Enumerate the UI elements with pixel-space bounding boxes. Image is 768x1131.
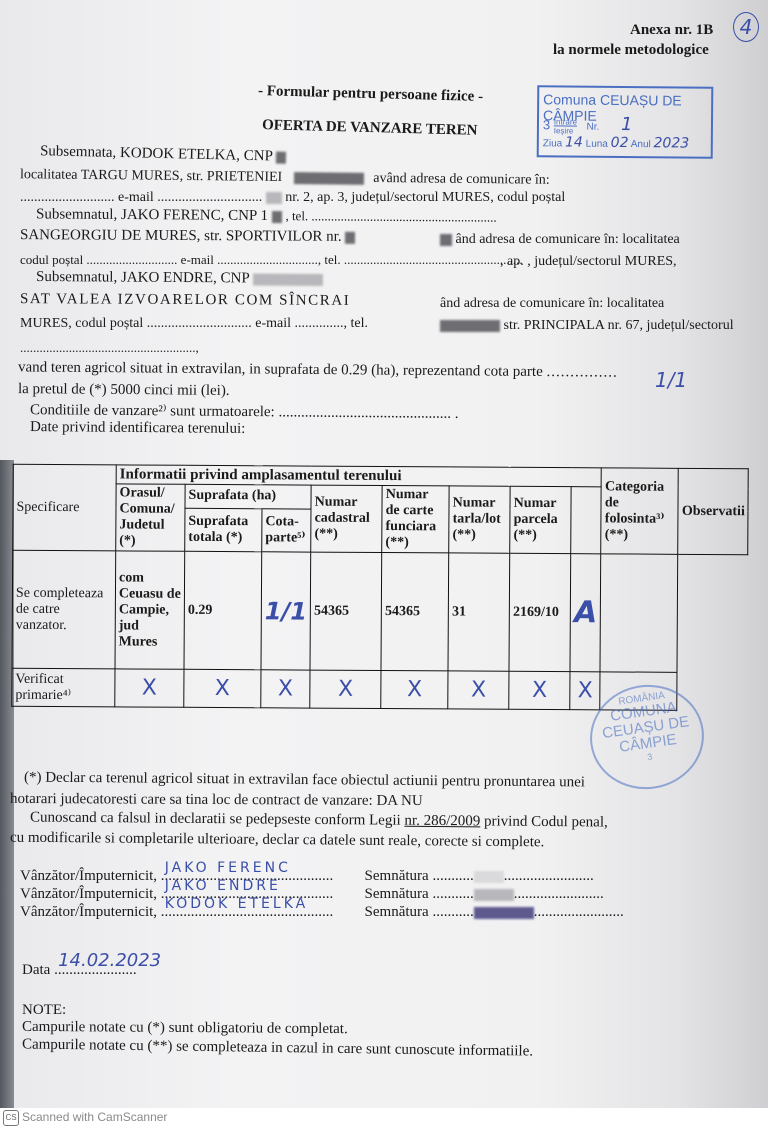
seller-3-street-county: str. PRINCIPALA nr. 67, județul/sectorul — [504, 318, 734, 333]
table-row: Se completeaza de catre vanzator. com Ce… — [12, 550, 748, 672]
land-identification-table: Specificare Informatii privind amplasame… — [11, 464, 749, 711]
row-suprafata-totala: 0.29 — [184, 551, 262, 669]
registry-ziua: 14 — [565, 134, 583, 150]
registry-nr-label: Nr. — [587, 122, 600, 133]
signature-label: Vânzător/Împuternicit, — [20, 886, 157, 902]
declaration-law-ref: nr. 286/2009 — [404, 813, 480, 830]
registry-stamp: Comuna CEUAȘU DE CÂMPIE 3 Intrare Ieșire… — [537, 85, 714, 159]
check-mark: X — [448, 671, 509, 709]
row-observatii — [600, 554, 678, 672]
seller-1-line3: ........................... e-mail .....… — [20, 190, 565, 206]
date-value: 14.02.2023 — [58, 950, 161, 971]
signature-row-2: Vânzător/Împuternicit, .................… — [20, 886, 604, 903]
seller-3-address-intro: ând adresa de comunicare în: localitatea — [440, 296, 664, 312]
check-mark: X — [115, 669, 184, 707]
redacted-street — [440, 320, 500, 332]
camscanner-logo-icon: CS — [3, 1110, 19, 1126]
row-localitate: com Ceuasu de Campie, jud Mures — [115, 551, 185, 669]
row-nr-cadastral: 54365 — [310, 552, 382, 670]
row-nr-carte-funciara: 54365 — [381, 553, 449, 671]
registry-intrare: Intrare — [554, 117, 577, 126]
land-data-title: Date privind identificarea terenului: — [30, 419, 245, 438]
registry-luna: 02 — [611, 135, 629, 151]
col-nr-carte-funciara: Numar de carte funciara (**) — [382, 486, 449, 553]
seller-1-county: nr. 2, ap. 3, județul/sectorul MURES, co… — [285, 190, 565, 205]
declaration-line2: hotarari judecatoresti care sa tina loc … — [10, 791, 423, 810]
row-verificat: Verificat primarie⁴⁾ — [12, 668, 115, 707]
signature-name-3: KODOK ETELKA — [165, 896, 308, 912]
col-suprafata-totala: Suprafata totala (*) — [185, 508, 262, 552]
seller-1-address-intro: având adresa de comunicare în: — [373, 171, 550, 188]
seller-1-locality: localitatea TARGU MURES, str. PRIETENIEI — [20, 167, 282, 185]
seller-3-line4: ........................................… — [20, 340, 199, 356]
seller-2-county: , ap. , județul/sectorul MURES, — [500, 254, 677, 270]
row-nr-parcela: 2169/10 — [509, 553, 571, 671]
check-mark: X — [310, 670, 381, 708]
seller-3-locality: SAT VALEA IZVOARELOR COM SÎNCRAI — [20, 291, 350, 309]
signature-name-2: JAKO ENDRE — [165, 878, 281, 894]
signature-sign-label: Semnătura — [365, 904, 429, 920]
redacted-number — [345, 231, 355, 243]
notes-line1: Campurile notate cu (*) sunt obligatoriu… — [22, 1019, 348, 1038]
declaration-law-intro: Cunoscand ca falsul in declaratii se ped… — [30, 809, 405, 828]
col-suprafata: Suprafata (ha) — [185, 484, 311, 508]
redacted-cnp — [253, 273, 323, 285]
seller-2-line2: SANGEORGIU DE MURES, str. SPORTIVILOR nr… — [20, 227, 355, 246]
col-nr-cadastral: Numar cadastral (**) — [311, 485, 382, 552]
signature-row-1: Vânzător/Împuternicit, .................… — [20, 868, 594, 885]
redacted-cnp — [272, 211, 282, 223]
annex-sublabel: la normele metodologice — [553, 42, 709, 59]
redacted-cnp-tail — [440, 234, 452, 246]
seller-2-locality: SANGEORGIU DE MURES, str. SPORTIVILOR nr… — [20, 227, 342, 245]
row-categoria: A — [570, 554, 601, 672]
seller-3-name: Subsemnatul, JAKO ENDRE, CNP — [36, 269, 249, 286]
check-mark: X — [184, 669, 261, 707]
registry-anul-label: Anul — [631, 139, 651, 150]
signature-sign-label: Semnătura — [365, 886, 429, 902]
redacted-signature — [474, 871, 504, 883]
signature-sign-label: Semnătura — [365, 868, 429, 884]
offer-cota-parte: 1/1 — [655, 368, 687, 392]
seller-3-line3: MURES, codul poștal ....................… — [20, 316, 368, 332]
col-observatii: Observatii — [678, 468, 749, 554]
redacted-street — [266, 192, 282, 204]
seller-2-name: Subsemnatul, JAKO FERENC, CNP 1 — [36, 206, 268, 224]
registry-luna-label: Luna — [586, 139, 608, 150]
col-nr-parcela: Numar parcela (**) — [510, 486, 571, 553]
seller-3-line2: SAT VALEA IZVOARELOR COM SÎNCRAI — [20, 291, 350, 310]
registry-stamp-date-row: Ziua 14 Luna 02 Anul 2023 — [543, 134, 690, 151]
signature-label: Vânzător/Împuternicit, — [20, 904, 157, 920]
row-cota-parte: 1/1 — [261, 552, 311, 670]
registry-stamp-number-row: 3 Intrare Ieșire Nr. 1 — [543, 113, 633, 135]
row-nr-tarla: 31 — [448, 553, 510, 671]
seller-3-line1: Subsemnatul, JAKO ENDRE, CNP — [36, 269, 323, 288]
camscanner-watermark: Scanned with CamScanner — [22, 1110, 167, 1124]
col-nr-tarla: Numar tarla/lot (**) — [449, 486, 510, 553]
registry-anul: 2023 — [653, 135, 689, 151]
check-mark: X — [381, 671, 448, 709]
date-label: Data — [22, 962, 50, 978]
redacted-cnp — [276, 151, 286, 163]
redacted-address — [294, 172, 364, 185]
signature-row-3: Vânzător/Împuternicit, .................… — [20, 904, 624, 921]
col-cota-parte: Cota-parte⁵⁾ — [262, 508, 311, 552]
notes-title: NOTE: — [22, 1002, 66, 1019]
page-mark: 4 — [733, 12, 759, 42]
col-categoria: Categoria de folosinta³⁾ (**) — [601, 468, 679, 554]
date-row: Data ...................... 14.02.2023 — [22, 962, 137, 979]
annex-label: Anexa nr. 1B — [630, 22, 713, 39]
registry-nr-value: 1 — [621, 114, 633, 135]
redacted-signature — [474, 907, 534, 919]
seller-2-address-label: ând adresa de comunicare în: localitatea — [456, 232, 680, 247]
offer-price: la pretul de (*) 5000 cinci mii (lei). — [18, 381, 230, 400]
declaration-law-end: privind Codul penal, — [480, 813, 608, 830]
signature-label: Vânzător/Împuternicit, — [20, 868, 157, 884]
seller-2-address-intro: ând adresa de comunicare în: localitatea — [440, 232, 680, 248]
registry-ziua-label: Ziua — [543, 138, 563, 149]
seller-2-line3: codul poștal ...........................… — [20, 252, 523, 268]
check-mark: X — [509, 671, 570, 709]
redacted-signature — [474, 889, 514, 901]
seller-3-street: str. PRINCIPALA nr. 67, județul/sectorul — [440, 318, 734, 334]
col-specificare: Specificare — [13, 464, 117, 551]
signature-name-1: JAKO FERENC — [165, 860, 291, 876]
col-orasul: Orasul/ Comuna/ Judetul (*) — [116, 484, 185, 551]
registry-prefix: 3 — [543, 117, 550, 132]
check-mark: X — [261, 670, 310, 708]
seller-2-line1: Subsemnatul, JAKO FERENC, CNP 1 , tel. .… — [36, 206, 497, 226]
seller-1-email: ........................... e-mail .....… — [20, 190, 262, 205]
row-specificare: Se completeaza de catre vanzator. — [12, 550, 116, 669]
offer-text: vand teren agricol situat in extravilan,… — [18, 359, 543, 380]
seller-1-tel: , tel. .................................… — [285, 208, 496, 224]
